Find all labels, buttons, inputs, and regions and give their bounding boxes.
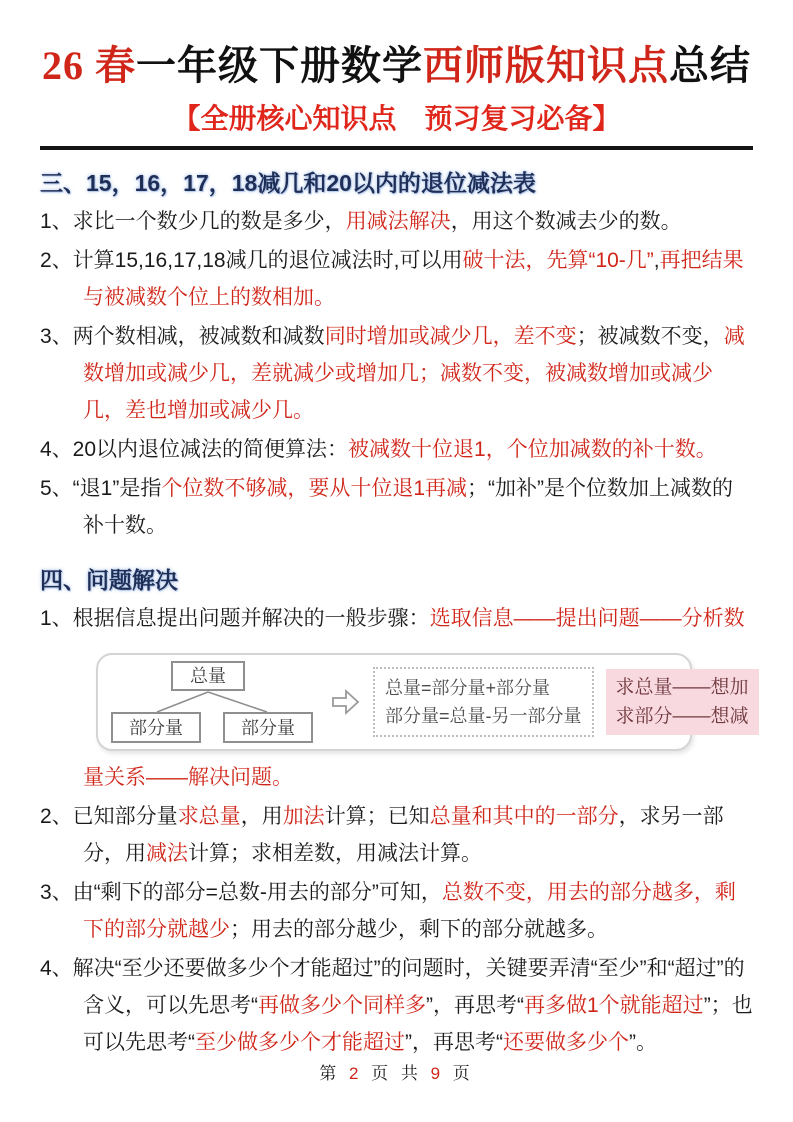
section4-item-1-continuation: 量关系——解决问题。: [40, 759, 753, 796]
hint-total: 求总量——想加: [616, 673, 749, 702]
page-subtitle: 【全册核心知识点 预习复习必备】: [40, 97, 753, 137]
section-heading-3: 三、15，16，17，18减几和20以内的退位减法表: [40, 165, 753, 198]
part-whole-diagram-panel: 总量 部分量 部分量 总量=部分量+部分量 部分量=总量-另一部分量 求总量——…: [96, 653, 692, 751]
formula-part: 部分量=总量-另一部分量: [385, 702, 582, 730]
section3-item-2: 2、计算15,16,17,18减几的退位减法时,可以用破十法，先算“10-几”,…: [40, 242, 753, 316]
page-title: 26 春一年级下册数学西师版知识点总结: [40, 34, 753, 91]
section3-item-4: 4、20以内退位减法的简便算法：被减数十位退1，个位加减数的补十数。: [40, 431, 753, 468]
page-number-footer: 第 2 页 共 9 页: [0, 1059, 793, 1084]
section4-item-4: 4、解决“至少还要做多少个才能超过”的问题时，关键要弄清“至少”和“超过”的含义…: [40, 950, 753, 1061]
tree-child2-box: 部分量: [223, 712, 313, 743]
section4-item-1: 1、根据信息提出问题并解决的一般步骤：选取信息——提出问题——分析数: [40, 600, 753, 637]
title-divider-rule: [40, 146, 753, 150]
section3-item-1: 1、求比一个数少几的数是多少，用减法解决，用这个数减去少的数。: [40, 203, 753, 240]
section3-item-5: 5、“退1”是指个位数不够减，要从十位退1再减；“加补”是个位数加上减数的补十数…: [40, 470, 753, 544]
document-page: 26 春一年级下册数学西师版知识点总结 【全册核心知识点 预习复习必备】 三、1…: [0, 0, 793, 1122]
section4-item-2: 2、已知部分量求总量，用加法计算；已知总量和其中的一部分，求另一部分，用减法计算…: [40, 798, 753, 872]
tree-root-box: 总量: [171, 661, 245, 691]
right-arrow-icon: [331, 688, 361, 716]
section3-item-3: 3、两个数相减，被减数和减数同时增加或减少几，差不变；被减数不变，减数增加或减少…: [40, 318, 753, 429]
solution-hint-box: 求总量——想加 求部分——想减: [606, 669, 759, 735]
section-heading-4: 四、问题解决: [40, 562, 753, 595]
page-content: 26 春一年级下册数学西师版知识点总结 【全册核心知识点 预习复习必备】 三、1…: [0, 0, 793, 1061]
section4-item-3: 3、由“剩下的部分=总数-用去的部分”可知，总数不变，用去的部分越多，剩下的部分…: [40, 874, 753, 948]
formula-total: 总量=部分量+部分量: [385, 674, 582, 702]
part-whole-tree: 总量 部分量 部分量: [111, 661, 319, 743]
formula-box: 总量=部分量+部分量 部分量=总量-另一部分量: [373, 667, 594, 737]
tree-child1-box: 部分量: [111, 712, 201, 743]
hint-part: 求部分——想减: [616, 702, 749, 731]
